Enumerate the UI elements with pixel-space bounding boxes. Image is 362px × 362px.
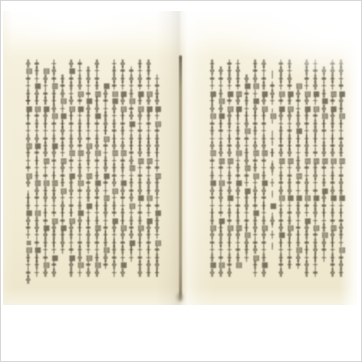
text-column: ╪╬╫┼▤╪▦╬┼╫╂╪╬▥┼╫╪╬▤┼╫╪╬▦╂┼╫╪╬ (279, 61, 285, 277)
text-column: ╬▦╪╫┼╬▤╂╪┼╫╬▥╪┼▦╫╬┼╪╂▤╬╫┼╪▦╬╫ (69, 61, 75, 277)
text-column: ╫╪╬▤┼▦╬╂╪╫┼╬▥╪╫▤┼╬╂╪▦╫╬┼╪╬▤╫┼ (253, 61, 259, 277)
text-column: ╬┼╪╫▦╬▤╂╪┼╫╬▥╪┼╫▦╬╪╂┼╫▤╬╪┼╫▦╬ (262, 61, 268, 277)
text-column: ┼╪╫╬▦┼▤╪╫╬╂┼╪▥╫╬┼╪▦╫╬┼▤╪╫╬╂┼╪ (313, 61, 319, 277)
text-column: ┼╫╬╪▤▦╬┼╫╪╂╬▥┼╫╪╬▤┼╫╪▦╬┼╂╫╪╬┼ (112, 61, 118, 277)
text-column: ╬╫╪┼▤╬▦╫╪┼╂╬╫▥╪┼╬╫▤╪┼▦╬╫╪╂┼╬╫ (146, 61, 152, 277)
text-column: ▦╬╪┼╫╬╂▤╪┼╫╬▦╪┼▥╫╬┼╪╂╫▤╬╪ (103, 83, 109, 269)
text-column: ┼╬╪▥╫╂╬▤╪┼╫▦╬╪┼╂▥╫╬┼╪▤╬╫╂┼▦╪╬ (52, 61, 58, 277)
text-column: ╪╬┼╫▤╪╬▦┼╫╂╪╬▥┼╫╪╬▤┼╫╪╬▦╂┼ (129, 68, 135, 262)
text-column: ┼╪╫╬▦┼▤╪╫╬╂┼╪▥╫╬┼╪▦╫╬┼▤╪╫╬╂ (155, 76, 161, 277)
open-book-photo: ╬▤╪┼╫╋▦╂╪┼╬▥╫┼╪▤╬╷╂╫▦╬╪┼≡▤╫┼╪╬╪╫┼▦╬╂▤╪╫┼… (3, 11, 357, 305)
right-page-text: ╫╬╪┼▦╂╬▤╪╫┼╬▥╪┼╫▦╬╪┼╂╫▤╬╪┼╫▦╬╬╪┼╫▤╬▦╂╪┼╫… (210, 61, 345, 289)
text-column: ╬╪┼╫▦╬▤╂╪┼╫╬▥╪┼╫▦╬╪╂┼╫▤╬╪┼ (322, 68, 328, 262)
text-column: ╬╫╪┼▤╬▦╫╪┼╂╬╫▥╪┼╬╫▤╪┼▦╬╫╪╂┼╬╫ (305, 61, 311, 277)
text-column: ╬╪┼╫▤╬▦╂╪┼╫╬▥╪┼▤╫╬┼╪▦╂╬╫┼╪▤╬ (219, 68, 225, 277)
book-photo-frame: ╬▤╪┼╫╋▦╂╪┼╬▥╫┼╪▤╬╷╂╫▦╬╪┼≡▤╫┼╪╬╪╫┼▦╬╂▤╪╫┼… (0, 0, 362, 362)
text-column: ╬▤╪┼╫╋▦╂╪┼╬▥╫┼╪▤╬╷╂╫▦╬╪┼≡▤╫┼╪╬ (26, 61, 32, 285)
text-column: ╫╬╪┼▦╂╬▤╪╫┼╬▥╪┼╫▦╬╪┼╂╫▤╬╪┼╫▦╬ (210, 61, 216, 277)
left-page-text: ╬▤╪┼╫╋▦╂╪┼╬▥╫┼╪▤╬╷╂╫▦╬╪┼≡▤╫┼╪╬╪╫┼▦╬╂▤╪╫┼… (26, 61, 161, 289)
text-column: ╬▦╪╫┼╂╬▤╪┼╫╬▥╪┼▦╫╬┼╪╂▤╬╫┼ (244, 76, 250, 262)
text-column: ╬╪╫┼▦╬▤╂╪╫┼╬▥╪╫┼▦╬╪┼╫╂▤╬╪╫┼▦╬ (121, 61, 127, 277)
text-column: ▤╬╪┼╫╬▦╂╪┼╫╬▥╪┼▦╫╬┼╪╂╫▤╬╪ (296, 83, 302, 269)
text-column: ╫┼╬╪▦╫▤╬┼╪╫╂╬▥┼╪╫╬▦┼╪╫▤╬╂┼╪╫ (287, 61, 293, 270)
text-column: ╫╬┼╪▦╬╫▤╂┼╪╬╫▥┼╪╬╫▦┼╂╪╬╫┼▤╪╬╫ (339, 61, 345, 277)
text-column: ╫╬┼╪▦╬╫╂┼╪▤╬╫┼▥╪╬╫▦┼╂╪╬╫┼▤╪╬ (86, 68, 92, 277)
text-column: ╫┼╬╪▦╫▤╬┼╪╫╂╬▥┼╪╫╬▦┼╪╫▤╬╂┼╪╫╬ (138, 61, 144, 277)
text-column: ╪╫┼▦╬╂▤╪╫┼╬▦╪╂┼╫▥╬╪┼▤╫╬┼╪▦╂╫┼ (35, 61, 41, 277)
book-gutter (179, 55, 182, 303)
text-column: ╪┼╫╬▤╪▦┼╫╂╬╪▥┼╫╬▤╪┼╫▦╬╂┼╪╫╬▤┼ (78, 61, 84, 277)
text-column: ┼╬╫╪▥╬▦╂┼╫╪╬▤┼╫╪▦╬┼╪╂╫▥╬┼╪╫▤ (236, 61, 242, 270)
text-column: ▤╬┼╪╫▦╬╂┼╪╫╬▥┼╪▤╫╬┼╂╪▦╬╫┼╪▤╬ (43, 68, 49, 277)
text-column: ╫╪╬▤┼▦╂╬╪╫┼▥╬╪╫▤┼╬╂╪▦╫╬┼ (60, 76, 66, 255)
text-column: ╬┼╪╫▥╂╬▦╪┼╫╬▤╪┼╫▦╬╪╂┼╫▥╬╪┼╫▤╬ (95, 61, 101, 277)
text-column: ╪╫╬┼▦╪▤╬╫┼╂╪╬▥┼╫╪╬▦┼╫╪▤╬╂┼╫╪╬ (227, 61, 233, 277)
text-column: ╷╵╪╬┼╷▤╵╷┼╵╂╷╬╵┼╷╵▦╷╬╵┼╷╵ (270, 68, 276, 254)
text-column: ╪╬╫┼▥╪▦╬╫┼╂╪╬▤┼╫╪╬▦┼╫╪▥╬╂┼╫╪╬ (330, 61, 336, 277)
